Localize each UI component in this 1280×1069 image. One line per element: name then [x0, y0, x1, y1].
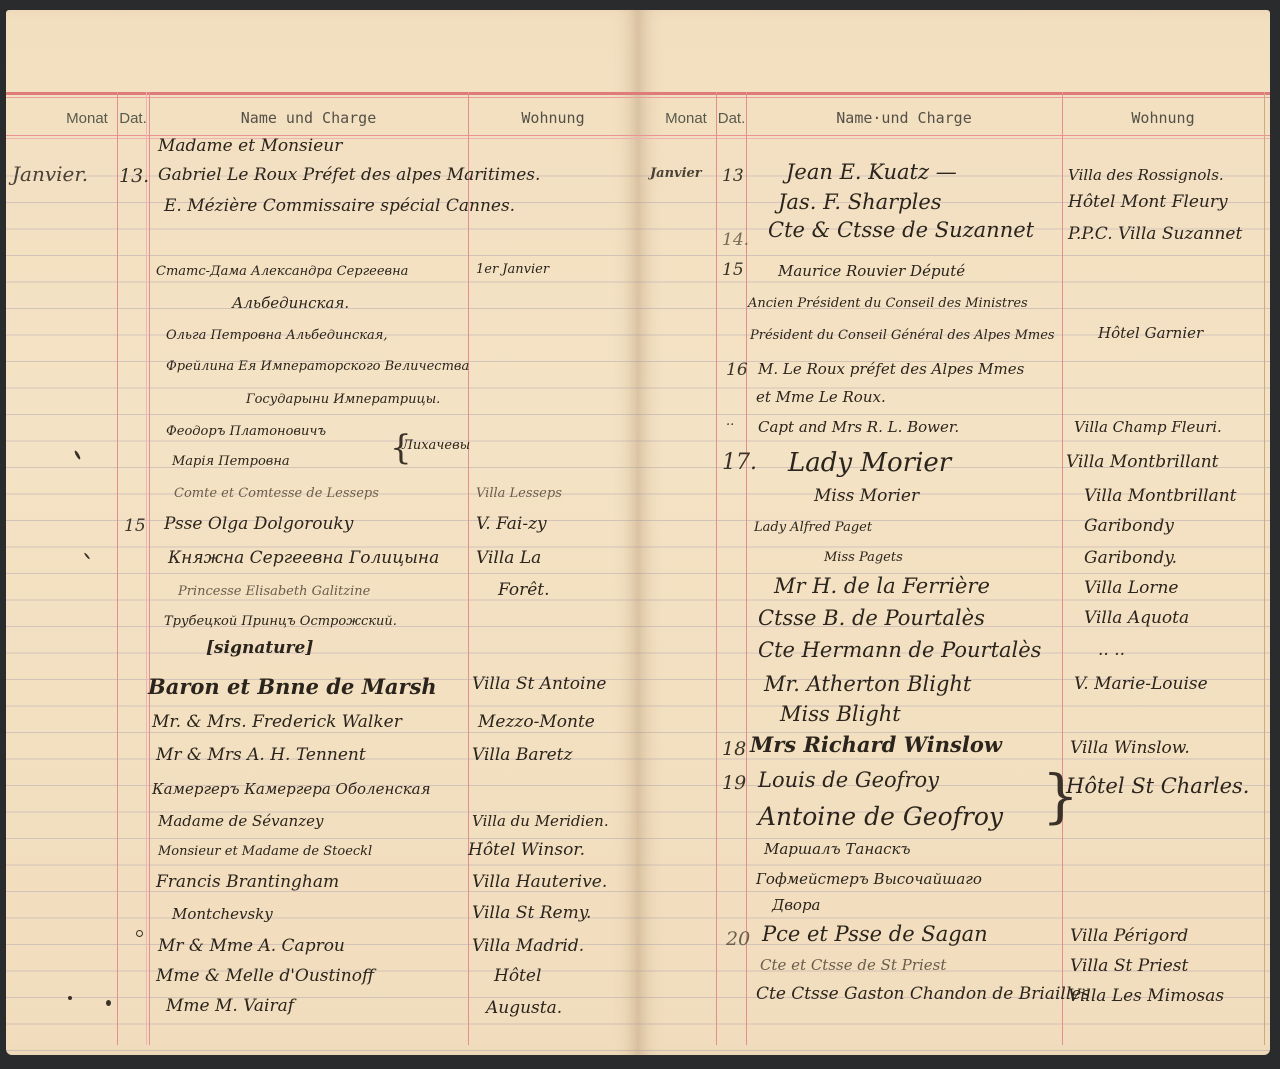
- entry-residence: Villa Madrid.: [472, 936, 584, 956]
- entry-name: Mr & Mme A. Caprou: [158, 936, 345, 956]
- entry-name: Président du Conseil Général des Alpes M…: [750, 328, 1055, 343]
- entry-name: E. Mézière Commissaire spécial Cannes.: [164, 196, 515, 216]
- entry-residence: Villa Champ Fleuri.: [1074, 418, 1222, 436]
- entry-name: Статс-Дама Александра Сергеевна: [156, 264, 408, 279]
- entry-residence: .. ..: [1098, 640, 1125, 660]
- red-rule-top: [638, 92, 1270, 95]
- header-dat: Dat.: [118, 104, 148, 132]
- header-dat: Dat.: [717, 104, 746, 132]
- entry-name: Маршалъ Танаскъ: [764, 840, 911, 858]
- entry-name: Miss Pagets: [824, 550, 903, 565]
- entry-residence: Hôtel St Charles.: [1066, 774, 1249, 798]
- header-monat: Monat: [56, 104, 118, 132]
- entry-residence: Villa Périgord: [1070, 926, 1188, 946]
- red-rule-header-secondary: [638, 138, 1270, 139]
- entry-name: Miss Blight: [780, 702, 901, 726]
- left-page: Monat Dat. Name und Charge Wohnung Janvi…: [6, 10, 638, 1055]
- entry-name: Cte Hermann de Pourtalès: [758, 638, 1041, 662]
- entry-name: Mr. & Mrs. Frederick Walker: [152, 712, 402, 732]
- red-rule-top-secondary: [6, 97, 638, 98]
- red-rule-header: [638, 135, 1270, 136]
- entry-residence: Villa Montbrillant: [1084, 486, 1237, 506]
- entry-name: Альбединская.: [232, 294, 349, 312]
- entry-residence: Villa St Antoine: [472, 674, 606, 694]
- entry-residence: Villa St Priest: [1070, 956, 1188, 976]
- entry-date: 20: [726, 928, 750, 950]
- entry-name: Cte Ctsse Gaston Chandon de Briailles: [756, 984, 1090, 1004]
- column-divider-dat-b: [149, 92, 150, 1045]
- entry-date: 13.: [119, 165, 149, 187]
- entry-name: Maurice Rouvier Député: [778, 262, 965, 280]
- entry-name: Mr H. de la Ferrière: [774, 574, 990, 598]
- entry-residence: Villa Lorne: [1084, 578, 1179, 598]
- entry-name: et Mme Le Roux.: [756, 388, 886, 406]
- entry-date: 14.: [722, 230, 749, 250]
- entry-name: Mme M. Vairaf: [166, 996, 294, 1016]
- entry-name: Ольга Петровна Альбединская,: [166, 328, 388, 343]
- header-name-und-charge: Name·und Charge: [746, 104, 1062, 132]
- ruled-lines: [638, 150, 1270, 1055]
- month-label: Janvier.: [12, 162, 88, 186]
- entry-name: Miss Morier: [814, 486, 919, 506]
- register-spread: Monat Dat. Name und Charge Wohnung Janvi…: [6, 10, 1278, 1062]
- entry-name: Cte et Ctsse de St Priest: [760, 956, 946, 974]
- entry-name: Gabriel Le Roux Préfet des alpes Maritim…: [158, 165, 540, 185]
- entry-residence: Villa St Remy.: [472, 903, 591, 923]
- entry-name: Louis de Geofroy: [758, 768, 939, 792]
- entry-residence: Hôtel Mont Fleury: [1068, 192, 1228, 212]
- entry-residence: V. Fai-zy: [476, 514, 547, 534]
- entry-residence: Mezzo-Monte: [478, 712, 595, 732]
- entry-name: Феодоръ Платоновичъ: [166, 424, 326, 439]
- entry-date: 19: [722, 772, 746, 794]
- entry-residence: P.P.C. Villa Suzannet: [1068, 224, 1242, 244]
- entry-name: Mrs Richard Winslow: [750, 732, 1002, 757]
- entry-residence: Villa Hauterive.: [472, 872, 607, 892]
- ink-mark: [68, 996, 72, 1000]
- column-divider-name: [468, 92, 469, 1045]
- entry-residence: Hôtel Winsor.: [468, 840, 585, 860]
- entry-residence: V. Marie-Louise: [1074, 674, 1208, 694]
- entry-residence: Villa des Rossignols.: [1068, 166, 1224, 184]
- entry-date: 15: [722, 260, 744, 280]
- entry-name: Madame et Monsieur: [158, 136, 342, 156]
- entry-name: Mr & Mrs A. H. Tennent: [156, 745, 366, 765]
- entry-residence: Garibondy: [1084, 516, 1174, 536]
- entry-name: Mme & Melle d'Oustinoff: [156, 966, 374, 986]
- entry-name: Princesse Elisabeth Galitzine: [178, 584, 370, 599]
- column-divider-monat: [716, 92, 717, 1045]
- entry-name: Ancien Président du Conseil des Ministre…: [748, 296, 1028, 311]
- entry-name: Montchevsky: [172, 905, 273, 923]
- entry-name: Трубецкой Принцъ Острожский.: [164, 614, 397, 629]
- entry-name: Psse Olga Dolgorouky: [164, 514, 353, 534]
- month-label: Janvier: [650, 166, 702, 181]
- entry-name: Княжна Сергеевна Голицына: [168, 548, 439, 568]
- entry-date: 15: [124, 516, 146, 536]
- column-divider-dat-a: [146, 92, 147, 1045]
- entry-name: Камергеръ Камергера Оболенская: [152, 780, 431, 798]
- header-name-und-charge: Name und Charge: [149, 104, 468, 132]
- ink-mark: [136, 930, 143, 937]
- entry-name: Lady Alfred Paget: [754, 520, 872, 535]
- right-page: Monat Dat. Name·und Charge Wohnung Janvi…: [638, 10, 1270, 1055]
- signature: [signature]: [206, 638, 313, 658]
- header-monat: Monat: [656, 104, 716, 132]
- entry-residence: Villa Winslow.: [1070, 738, 1190, 758]
- entry-name: Jean E. Kuatz —: [786, 160, 957, 184]
- entry-name: Lady Morier: [788, 448, 951, 478]
- entry-date: 16: [726, 360, 748, 380]
- entry-date: 17.: [722, 450, 757, 475]
- entry-name: Jas. F. Sharples: [778, 190, 942, 214]
- header-wohnung: Wohnung: [1062, 104, 1264, 132]
- entry-name: Madame de Sévanzey: [158, 812, 323, 830]
- entry-residence: Villa Les Mimosas: [1068, 986, 1224, 1006]
- entry-residence: Garibondy.: [1084, 548, 1177, 568]
- entry-residence: Hôtel: [494, 966, 541, 986]
- entry-residence: Hôtel Garnier: [1098, 324, 1203, 342]
- entry-name: Двора: [772, 896, 821, 914]
- entry-date: ..: [726, 414, 734, 429]
- entry-name: Francis Brantingham: [156, 872, 339, 892]
- entry-residence: Forêt.: [498, 580, 550, 600]
- entry-name: Mr. Atherton Blight: [764, 672, 971, 696]
- entry-residence: Villa Baretz: [472, 745, 572, 765]
- page-edge: [1264, 92, 1265, 1045]
- entry-name: Государыни Императрицы.: [246, 392, 440, 407]
- entry-name: M. Le Roux préfet des Alpes Mmes: [758, 360, 1024, 378]
- entry-residence: 1er Janvier: [476, 262, 549, 277]
- entry-date: 18: [722, 738, 746, 760]
- column-divider-monat: [117, 92, 118, 1045]
- entry-name: Марія Петровна: [172, 454, 290, 469]
- entry-residence: Villa Lesseps: [476, 486, 562, 501]
- entry-date: 13: [722, 166, 744, 186]
- entry-name: Pce et Psse de Sagan: [762, 922, 988, 946]
- entry-name: Capt and Mrs R. L. Bower.: [758, 418, 959, 436]
- entry-name: Гофмейстеръ Высочайшаго: [756, 870, 982, 888]
- entry-name: Monsieur et Madame de Stoeckl: [158, 844, 372, 859]
- entry-residence: Villa Aquota: [1084, 608, 1189, 628]
- red-rule-top-secondary: [638, 97, 1270, 98]
- ink-mark: [106, 1000, 111, 1006]
- entry-name: Antoine de Geofroy: [758, 802, 1003, 831]
- entry-name: Ctsse B. de Pourtalès: [758, 606, 985, 630]
- entry-note: Лихачевы: [402, 438, 470, 453]
- entry-residence: Villa du Meridien.: [472, 812, 609, 830]
- column-divider-name: [1062, 92, 1063, 1045]
- entry-name: Фрейлина Ея Императорского Величества: [166, 359, 469, 374]
- red-rule-top: [6, 92, 638, 95]
- entry-name: Baron et Bnne de Marsh: [148, 674, 437, 699]
- entry-name: Cte & Ctsse de Suzannet: [768, 218, 1034, 242]
- entry-residence: Villa Montbrillant: [1066, 452, 1219, 472]
- entry-residence: Augusta.: [486, 998, 562, 1018]
- entry-name: Comte et Comtesse de Lesseps: [174, 486, 379, 501]
- header-wohnung: Wohnung: [468, 104, 638, 132]
- entry-residence: Villa La: [476, 548, 541, 568]
